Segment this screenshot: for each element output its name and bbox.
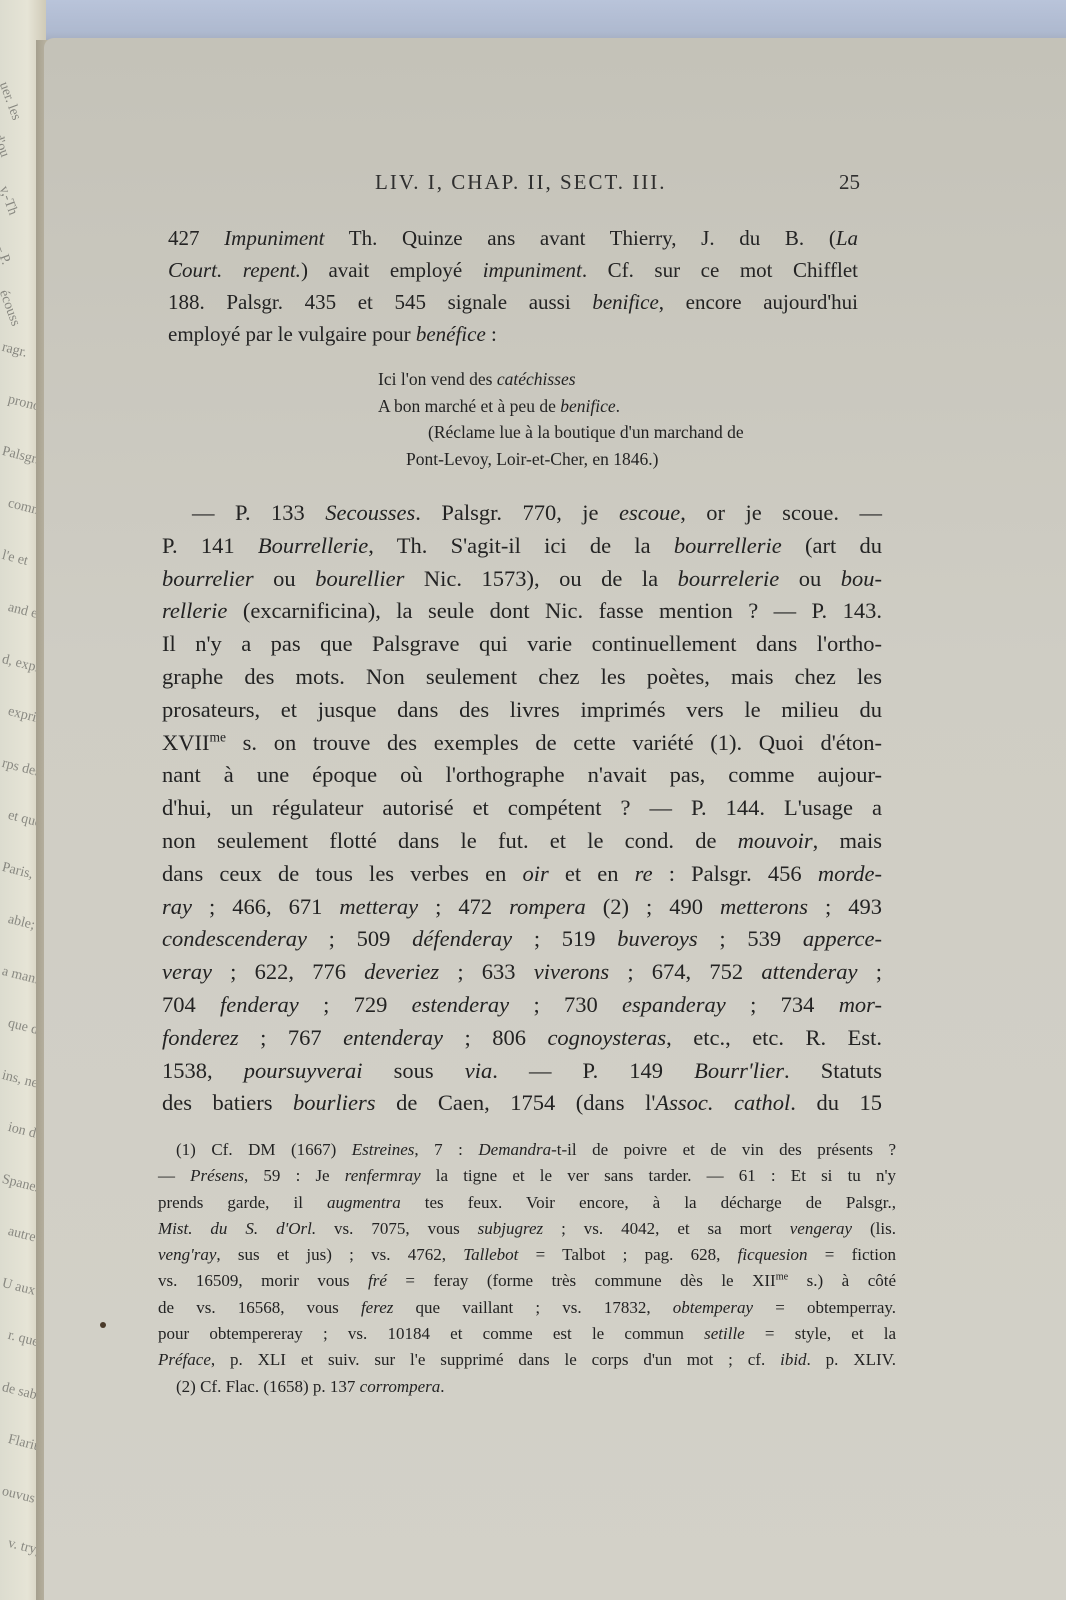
footnote-line: pour obtempereray ; vs. 10184 et comme e…: [158, 1321, 896, 1347]
text-line: condescenderay ; 509 défenderay ; 519 bu…: [162, 923, 882, 956]
text-line: veray ; 622, 776 deveriez ; 633 viverons…: [162, 956, 882, 989]
footnote-line: veng'ray, sus et jus) ; vs. 4762, Talleb…: [158, 1242, 896, 1268]
text-line: dans ceux de tous les verbes en oir et e…: [162, 858, 882, 891]
text-line: des batiers bourliers de Caen, 1754 (dan…: [162, 1087, 882, 1120]
footnote-1: (1) Cf. DM (1667) Estreines, 7 : Demandr…: [158, 1137, 896, 1163]
footnote-2: (2) Cf. Flac. (1658) p. 137 corrompera.: [158, 1374, 896, 1400]
text-line: 427 Impuniment Th. Quinze ans avant Thie…: [168, 222, 858, 254]
footnote-line: vs. 16509, morir vous fré = feray (forme…: [158, 1268, 896, 1294]
text-line: P. 141 Bourrellerie, Th. S'agit-il ici d…: [162, 530, 882, 563]
text-line: graphe des mots. Non seulement chez les …: [162, 661, 882, 694]
facing-page-text: y,-Th: [0, 184, 31, 246]
text-line: fonderez ; 767 entenderay ; 806 cognoyst…: [162, 1022, 882, 1055]
text-line: prosateurs, et jusque dans des livres im…: [162, 694, 882, 727]
footnote-line: — Présens, 59 : Je renfermray la tigne e…: [158, 1163, 896, 1189]
footnote-line: Préface, p. XLI et suiv. sur l'e supprim…: [158, 1347, 896, 1373]
page-number: 25: [839, 170, 860, 195]
verse-line: Ici l'on vend des catéchisses: [378, 366, 858, 393]
text-line: d'hui, un régulateur autorisé et compéte…: [162, 792, 882, 825]
text-line: rellerie (excarnificina), la seule dont …: [162, 595, 882, 628]
text-line: 188. Palsgr. 435 et 545 signale aussi be…: [168, 286, 858, 318]
text-line: ray ; 466, 671 metteray ; 472 rompera (2…: [162, 891, 882, 924]
text-line: bourrelier ou bourellier Nic. 1573), ou …: [162, 563, 882, 596]
footnotes: (1) Cf. DM (1667) Estreines, 7 : Demandr…: [158, 1137, 896, 1400]
text-line: non seulement flotté dans le fut. et le …: [162, 825, 882, 858]
paragraph-impuniment: 427 Impuniment Th. Quinze ans avant Thie…: [168, 222, 858, 350]
footnote-line: Mist. du S. d'Orl. vs. 7075, vous subjug…: [158, 1216, 896, 1242]
quotation-attribution: Pont-Levoy, Loir-et-Cher, en 1846.): [406, 446, 858, 473]
facing-page-text: — P.: [0, 236, 25, 298]
text-line: 704 fenderay ; 729 estenderay ; 730 espa…: [162, 989, 882, 1022]
block-quotation: Ici l'on vend des catéchisses A bon marc…: [378, 366, 858, 472]
text-line: Il n'y a pas que Palsgrave qui varie con…: [162, 628, 882, 661]
ink-spot: [100, 1322, 106, 1328]
text-line: Court. repent.) avait employé impuniment…: [168, 254, 858, 286]
text-line: employé par le vulgaire pour benéfice :: [168, 318, 858, 350]
text-line: 1538, poursuyverai sous via. — P. 149 Bo…: [162, 1055, 882, 1088]
chapter-heading: LIV. I, CHAP. II, SECT. III.: [375, 170, 666, 195]
text-line: XVIIme s. on trouve des exemples de cett…: [162, 727, 882, 760]
paragraph-main-body: — P. 133 Secousses. Palsgr. 770, je esco…: [162, 497, 882, 1120]
quotation-attribution: (Réclame lue à la boutique d'un marchand…: [378, 419, 858, 446]
text-line: nant à une époque où l'orthographe n'ava…: [162, 759, 882, 792]
footnote-line: prends garde, il augmentra tes feux. Voi…: [158, 1190, 896, 1216]
footnote-line: de vs. 16568, vous ferez que vaillant ; …: [158, 1295, 896, 1321]
running-head: LIV. I, CHAP. II, SECT. III. 25: [160, 170, 860, 200]
text-line: — P. 133 Secousses. Palsgr. 770, je esco…: [162, 497, 882, 530]
facing-page-text: uer. les: [0, 80, 31, 142]
verse-line: A bon marché et à peu de benifice.: [378, 393, 858, 420]
facing-page-text: d'ou: [0, 132, 25, 194]
